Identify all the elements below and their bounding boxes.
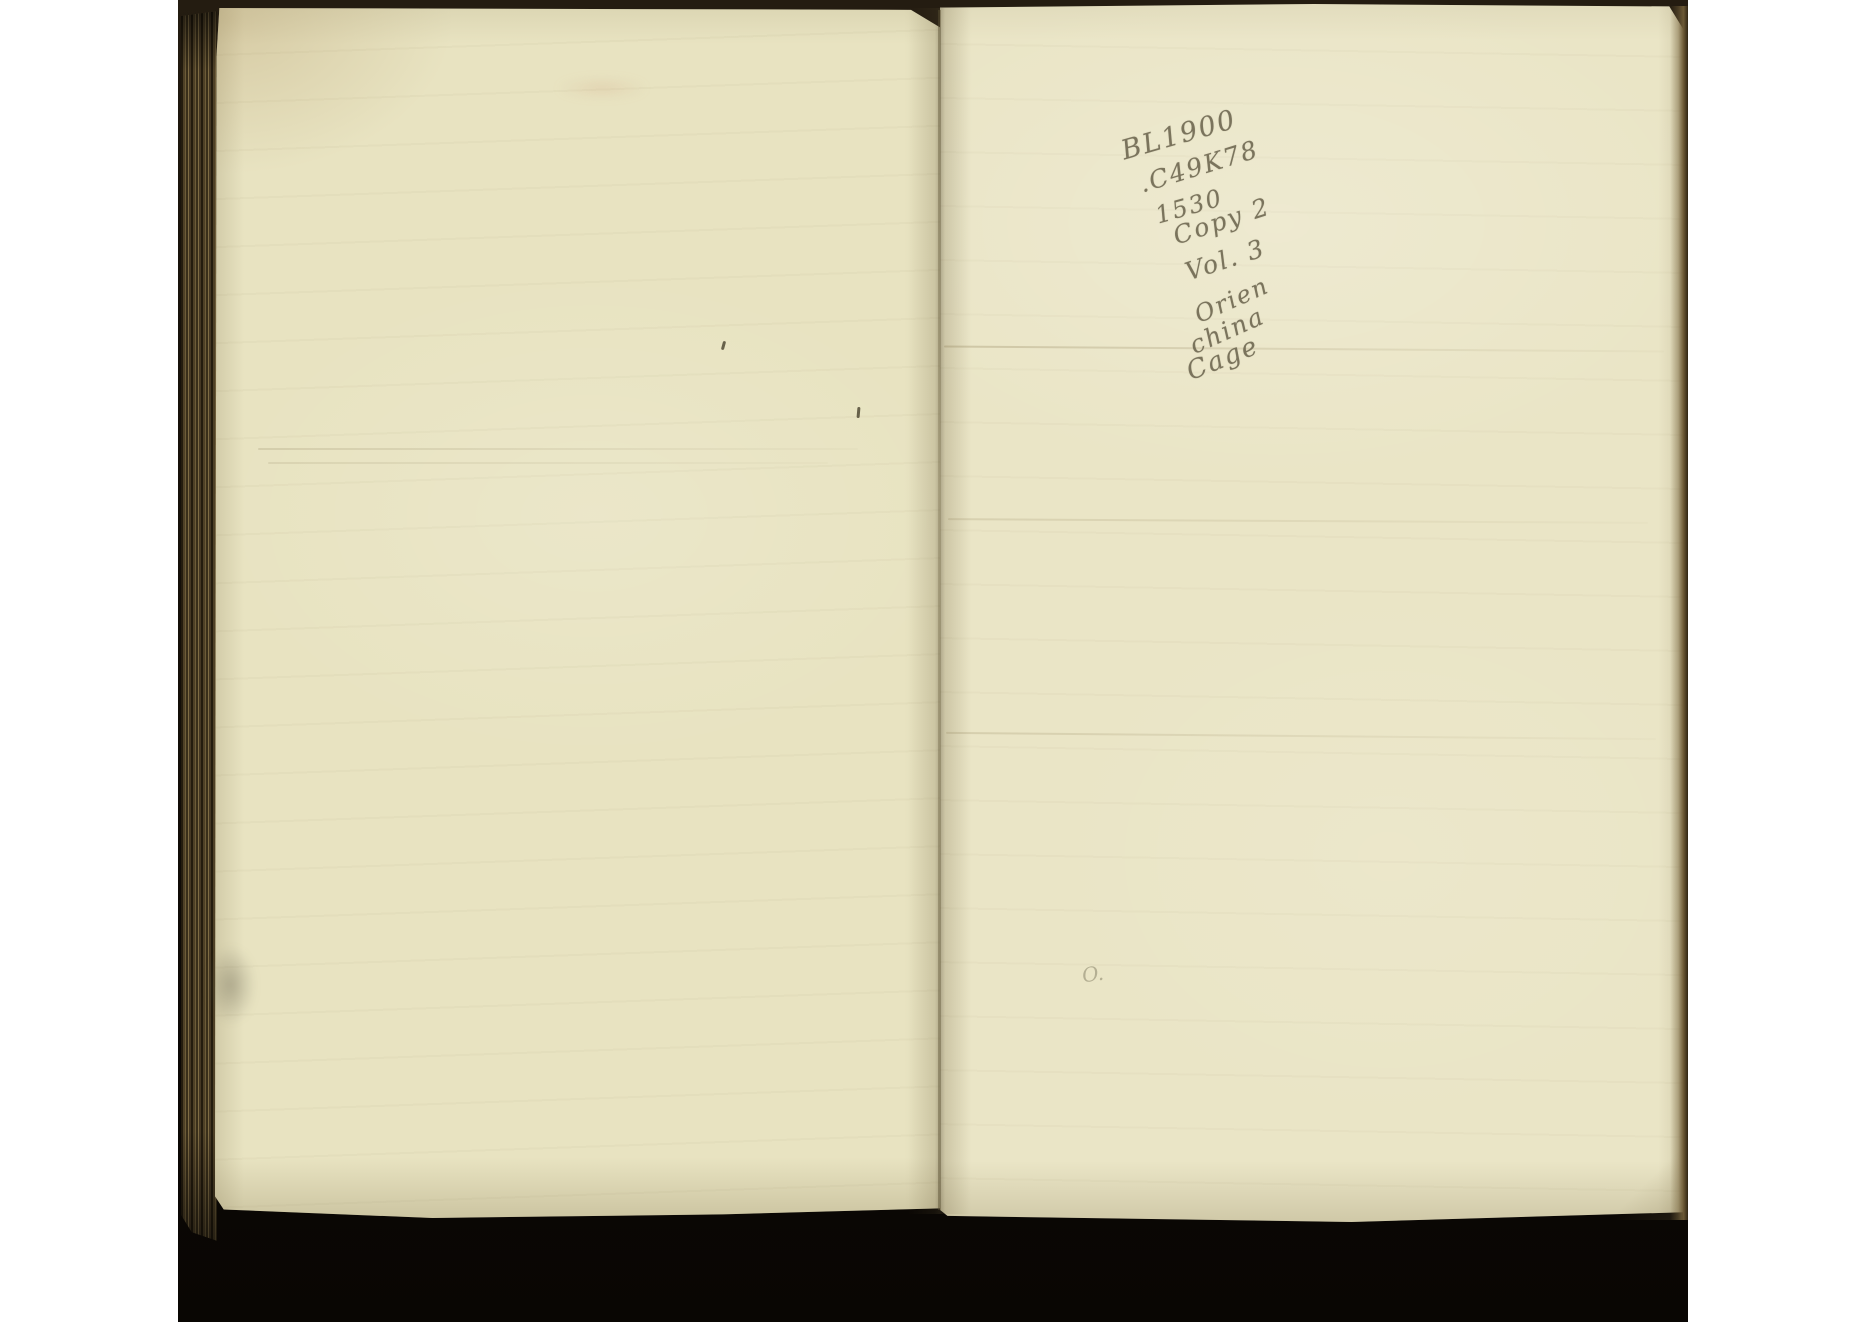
smudge-stain xyxy=(196,930,266,1040)
page-edge-stack-left xyxy=(181,10,217,1242)
paper-crease xyxy=(268,462,828,464)
left-page-blank xyxy=(215,8,940,1218)
book-scan-photo: BL1900 .C49K78 1530 Copy 2 Vol. 3 Orien … xyxy=(178,0,1688,1322)
corner-fold-shadow xyxy=(1598,1140,1682,1220)
right-page-blank xyxy=(940,4,1688,1222)
paper-crease xyxy=(258,448,858,450)
faint-stain xyxy=(540,74,664,102)
scanned-book-page-view: BL1900 .C49K78 1530 Copy 2 Vol. 3 Orien … xyxy=(0,0,1871,1322)
book-gutter-crease xyxy=(938,10,941,1210)
page-edge-right xyxy=(1670,6,1688,1220)
